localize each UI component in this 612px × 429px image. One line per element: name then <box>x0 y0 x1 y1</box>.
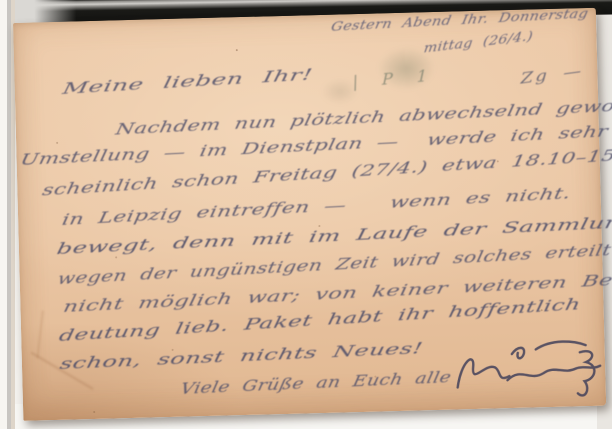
tally-annotation: Zg — <box>520 63 583 86</box>
paper-crease <box>36 310 43 358</box>
body-line: schon, sonst nichts Neues! <box>58 341 424 372</box>
paper-speckles <box>236 49 238 51</box>
signature-scrawl <box>449 332 607 412</box>
date-line-2: mittag (26/4.) <box>423 30 534 56</box>
closing-line: Viele Grüße an Euch alle <box>179 370 453 397</box>
greeting-line: Meine lieben Ihr! <box>61 67 314 97</box>
scanned-postcard-page: Gestern Abend Ihr. Donnerstag mittag (26… <box>0 0 612 429</box>
postcard: Gestern Abend Ihr. Donnerstag mittag (26… <box>13 8 606 421</box>
scan-background-left-strip <box>0 0 15 429</box>
